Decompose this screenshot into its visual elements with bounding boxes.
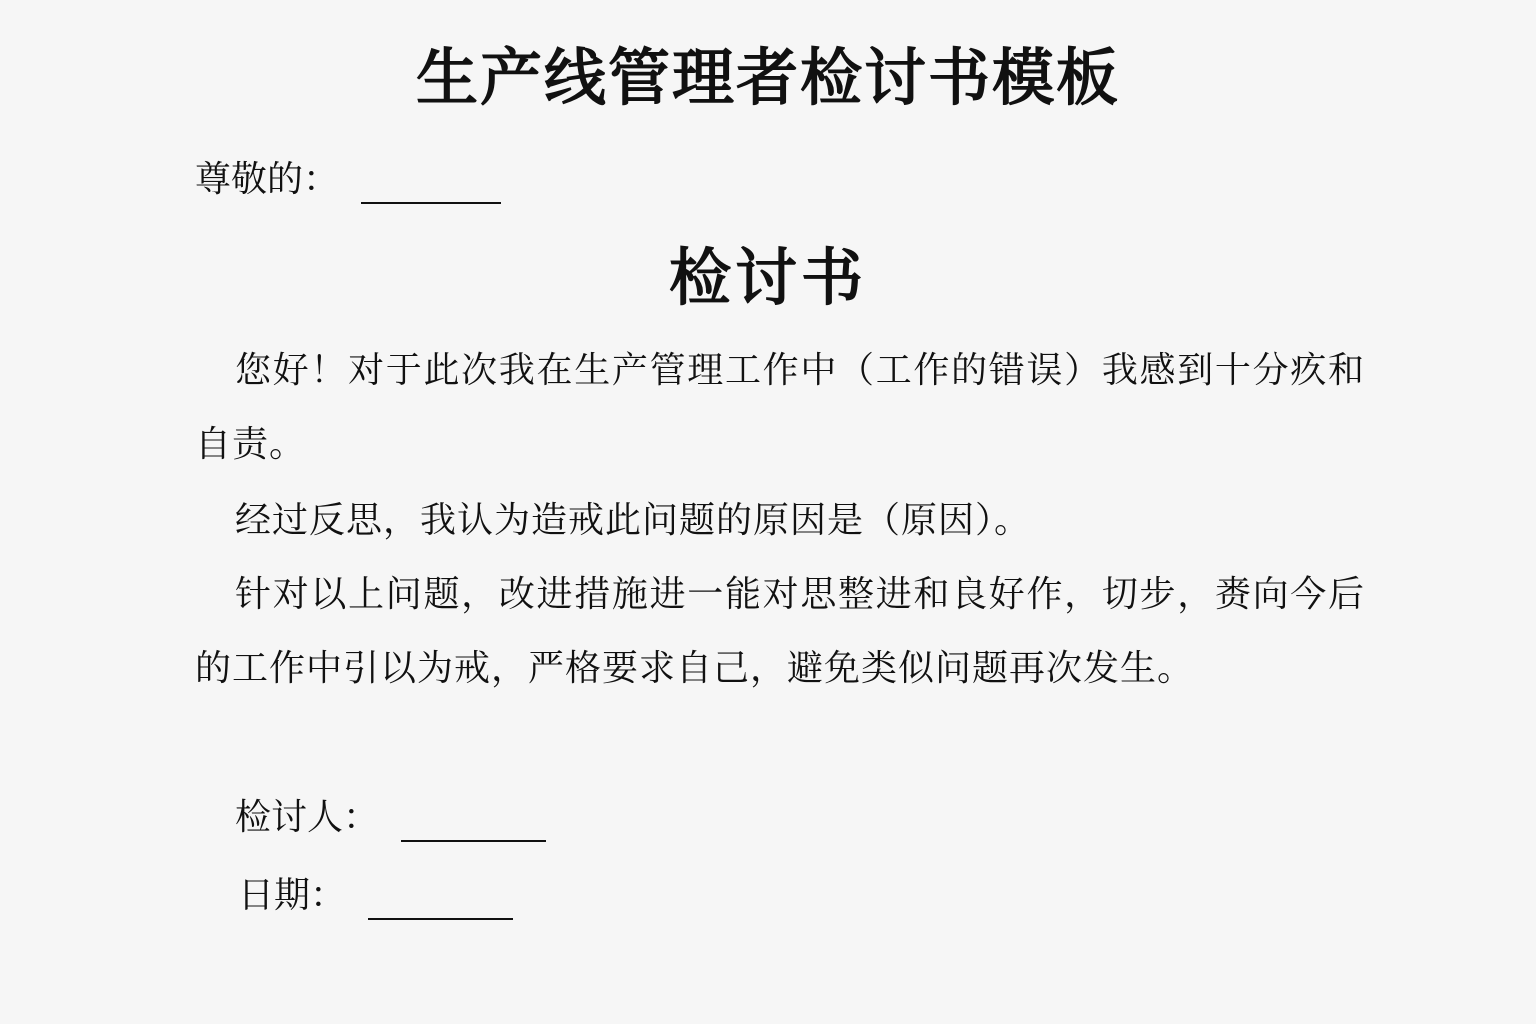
- salutation-label: 尊敬的：: [195, 156, 339, 204]
- signer-line: 检讨人：: [235, 794, 546, 842]
- document-title: 生产线管理者检讨书模板: [0, 38, 1536, 118]
- signer-label: 检讨人：: [235, 794, 379, 842]
- date-blank-field[interactable]: [368, 882, 513, 920]
- paragraph-greeting: 您好！对于此次我在生产管理工作中（工作的错误）我感到十分疚和自责。: [195, 334, 1365, 482]
- paragraph-3-container: 针对以上问题，改进措施进一能对思整进和良好作，切步，赉向今后的工作中引以为戒，严…: [195, 558, 1365, 706]
- date-label: 日期：: [238, 872, 346, 920]
- paragraph-improvement: 针对以上问题，改进措施进一能对思整进和良好作，切步，赉向今后的工作中引以为戒，严…: [195, 558, 1365, 706]
- date-line: 日期：: [238, 872, 513, 920]
- paragraph-2-container: 经过反思，我认为造戒此问题的原因是（原因）。: [195, 484, 1365, 558]
- paragraph-reason: 经过反思，我认为造戒此问题的原因是（原因）。: [195, 484, 1365, 558]
- document-subtitle: 检讨书: [0, 238, 1536, 318]
- salutation-line: 尊敬的：: [195, 156, 501, 204]
- paragraph-1-container: 您好！对于此次我在生产管理工作中（工作的错误）我感到十分疚和自责。: [195, 334, 1365, 482]
- salutation-blank-field[interactable]: [361, 166, 501, 204]
- signer-blank-field[interactable]: [401, 804, 546, 842]
